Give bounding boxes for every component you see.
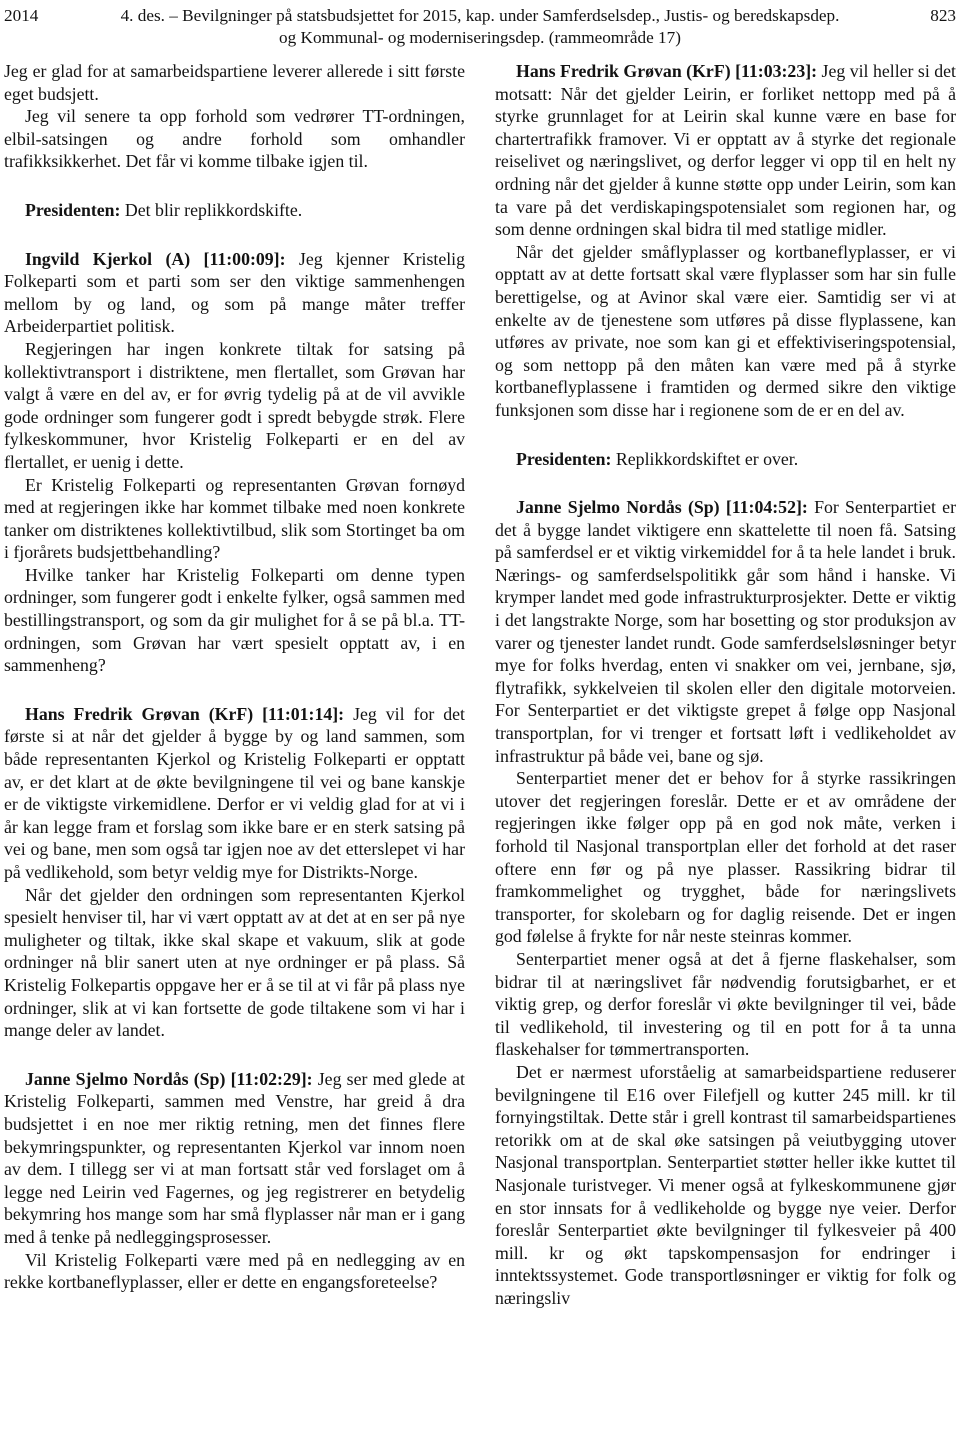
speaker-label: Ingvild Kjerkol (A) [11:00:09]: (25, 249, 286, 269)
header-page-number: 823 (884, 5, 956, 27)
paragraph-text: Jeg vil heller si det motsatt: Når det g… (495, 61, 956, 239)
speaker-label: Hans Fredrik Grøvan (KrF) [11:03:23]: (516, 61, 817, 81)
paragraph: Når det gjelder småflyplasser og kortban… (495, 241, 956, 422)
paragraph-text: Når det gjelder den ordningen som repres… (4, 885, 465, 1041)
left-column: Jeg er glad for at samarbeidspartiene le… (4, 60, 465, 1309)
header-row-2: og Kommunal- og moderniseringsdep. (ramm… (4, 27, 956, 49)
paragraph-text: Jeg vil senere ta opp forhold som vedrør… (4, 106, 465, 171)
paragraph: Senterpartiet mener også at det å fjerne… (495, 948, 956, 1061)
right-column: Hans Fredrik Grøvan (KrF) [11:03:23]: Je… (495, 60, 956, 1309)
paragraph-text: Jeg vil for det første si at når det gje… (4, 704, 465, 882)
speech-paragraph: Janne Sjelmo Nordås (Sp) [11:04:52]: For… (495, 496, 956, 767)
paragraph-text: Senterpartiet mener det er behov for å s… (495, 768, 956, 946)
paragraph: Det er nærmest uforståelig at samarbeids… (495, 1061, 956, 1310)
speaker-label: Hans Fredrik Grøvan (KrF) [11:01:14]: (25, 704, 344, 724)
speech-paragraph: Hans Fredrik Grøvan (KrF) [11:03:23]: Je… (495, 60, 956, 241)
two-column-text-area: Jeg er glad for at samarbeidspartiene le… (4, 60, 956, 1309)
speech-paragraph: Presidenten: Replikkordskiftet er over. (495, 448, 956, 471)
speaker-label: Janne Sjelmo Nordås (Sp) [11:02:29]: (25, 1069, 313, 1089)
paragraph: Jeg er glad for at samarbeidspartiene le… (4, 60, 465, 105)
header-title-line1: 4. des. – Bevilgninger på statsbudsjette… (76, 5, 884, 27)
speaker-label: Janne Sjelmo Nordås (Sp) [11:04:52]: (516, 497, 808, 517)
speech-paragraph: Ingvild Kjerkol (A) [11:00:09]: Jeg kjen… (4, 248, 465, 338)
paragraph-text: Regjeringen har ingen konkrete tiltak fo… (4, 339, 465, 472)
header-title-line2: og Kommunal- og moderniseringsdep. (ramm… (279, 28, 681, 47)
paragraph-text: Hvilke tanker har Kristelig Folkeparti o… (4, 565, 465, 675)
speaker-label: Presidenten: (25, 200, 120, 220)
paragraph-text: Når det gjelder småflyplasser og kortban… (495, 242, 956, 420)
paragraph-text: Senterpartiet mener også at det å fjerne… (495, 949, 956, 1059)
paragraph: Vil Kristelig Folkeparti være med på en … (4, 1249, 465, 1294)
paragraph: Når det gjelder den ordningen som repres… (4, 884, 465, 1042)
speech-paragraph: Janne Sjelmo Nordås (Sp) [11:02:29]: Jeg… (4, 1068, 465, 1249)
paragraph-text: Det er nærmest uforståelig at samarbeids… (495, 1062, 956, 1308)
paragraph-text: Jeg er glad for at samarbeidspartiene le… (4, 61, 465, 104)
paragraph-text: Replikkordskiftet er over. (611, 449, 798, 469)
paragraph-text: Vil Kristelig Folkeparti være med på en … (4, 1250, 465, 1293)
paragraph: Regjeringen har ingen konkrete tiltak fo… (4, 338, 465, 474)
document-page: 2014 4. des. – Bevilgninger på statsbuds… (0, 0, 960, 1430)
speech-paragraph: Presidenten: Det blir replikkordskifte. (4, 199, 465, 222)
paragraph-text: Det blir replikkordskifte. (120, 200, 302, 220)
header-row-1: 2014 4. des. – Bevilgninger på statsbuds… (4, 5, 956, 27)
paragraph: Jeg vil senere ta opp forhold som vedrør… (4, 105, 465, 173)
page-header: 2014 4. des. – Bevilgninger på statsbuds… (4, 5, 956, 49)
header-year: 2014 (4, 5, 76, 27)
paragraph-text: Er Kristelig Folkeparti og representante… (4, 475, 465, 563)
paragraph-text: Jeg ser med glede at Kristelig Folkepart… (4, 1069, 465, 1247)
speech-paragraph: Hans Fredrik Grøvan (KrF) [11:01:14]: Je… (4, 703, 465, 884)
paragraph: Hvilke tanker har Kristelig Folkeparti o… (4, 564, 465, 677)
paragraph-text: For Senterpartiet er det å bygge landet … (495, 497, 956, 766)
paragraph: Er Kristelig Folkeparti og representante… (4, 474, 465, 564)
paragraph: Senterpartiet mener det er behov for å s… (495, 767, 956, 948)
speaker-label: Presidenten: (516, 449, 611, 469)
